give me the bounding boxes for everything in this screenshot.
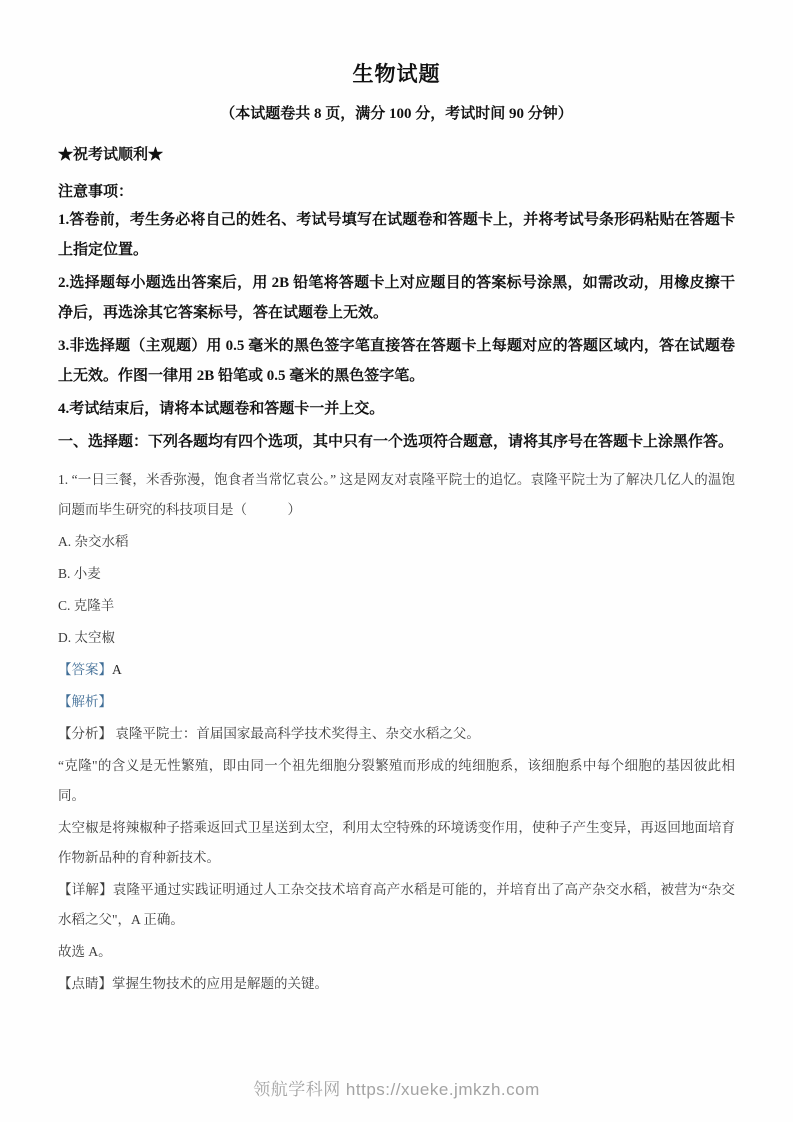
answer-value: A bbox=[112, 662, 122, 677]
notice-heading: 注意事项： bbox=[58, 180, 735, 201]
conclusion-line: 故选 A。 bbox=[58, 937, 735, 967]
question-1-block: 1. “一日三餐，米香弥漫，饱食者当常忆袁公。” 这是网友对袁隆平院士的追忆。袁… bbox=[58, 465, 735, 999]
notice-list: 1.答卷前，考生务必将自己的姓名、考试号填写在试题卷和答题卡上，并将考试号条形码… bbox=[58, 205, 735, 424]
tip-text: 掌握生物技术的应用是解题的关键。 bbox=[112, 976, 328, 991]
watermark-footer: 领航学科网 https://xueke.jmkzh.com bbox=[0, 1075, 793, 1100]
notice-item: 2.选择题每小题选出答案后，用 2B 铅笔将答题卡上对应题目的答案标号涂黑，如需… bbox=[58, 268, 735, 328]
exam-document-page: 生物试题 （本试题卷共 8 页，满分 100 分，考试时间 90 分钟） ★祝考… bbox=[0, 0, 793, 1122]
analysis-paragraph: 太空椒是将辣椒种子搭乘返回式卫星送到太空，利用太空特殊的环境诱变作用，使种子产生… bbox=[58, 813, 735, 873]
exam-wish-line: ★祝考试顺利★ bbox=[58, 143, 735, 164]
question-stem: 1. “一日三餐，米香弥漫，饱食者当常忆袁公。” 这是网友对袁隆平院士的追忆。袁… bbox=[58, 465, 735, 525]
option-list: A. 杂交水稻B. 小麦C. 克隆羊D. 太空椒 bbox=[58, 527, 735, 653]
option-item: A. 杂交水稻 bbox=[58, 527, 735, 557]
option-item: B. 小麦 bbox=[58, 559, 735, 589]
analysis-intro-text: 袁隆平院士：首届国家最高科学技术奖得主、杂交水稻之父。 bbox=[112, 726, 480, 741]
section-heading: 一、选择题：下列各题均有四个选项，其中只有一个选项符合题意，请将其序号在答题卡上… bbox=[58, 427, 735, 457]
analysis-label: 【分析】 bbox=[58, 726, 112, 741]
detail-label: 【详解】 bbox=[58, 882, 113, 897]
notice-item: 1.答卷前，考生务必将自己的姓名、考试号填写在试题卷和答题卡上，并将考试号条形码… bbox=[58, 205, 735, 265]
page-title: 生物试题 bbox=[58, 58, 735, 88]
answer-line: 【答案】A bbox=[58, 655, 735, 685]
analysis-paragraph: “克隆"的含义是无性繁殖，即由同一个祖先细胞分裂繁殖而形成的纯细胞系，该细胞系中… bbox=[58, 751, 735, 811]
tip-line: 【点睛】掌握生物技术的应用是解题的关键。 bbox=[58, 969, 735, 999]
detail-text: 袁隆平通过实践证明通过人工杂交技术培育高产水稻是可能的，并培育出了高产杂交水稻，… bbox=[58, 882, 735, 927]
analysis-paragraphs: “克隆"的含义是无性繁殖，即由同一个祖先细胞分裂繁殖而形成的纯细胞系，该细胞系中… bbox=[58, 751, 735, 873]
tip-label: 【点睛】 bbox=[58, 976, 112, 991]
jiexi-line: 【解析】 bbox=[58, 687, 735, 717]
jiexi-label: 【解析】 bbox=[58, 694, 112, 709]
detail-line: 【详解】袁隆平通过实践证明通过人工杂交技术培育高产水稻是可能的，并培育出了高产杂… bbox=[58, 875, 735, 935]
answer-label: 【答案】 bbox=[58, 662, 112, 677]
exam-meta-line: （本试题卷共 8 页，满分 100 分，考试时间 90 分钟） bbox=[58, 102, 735, 123]
notice-item: 4.考试结束后，请将本试题卷和答题卡一并上交。 bbox=[58, 394, 735, 424]
analysis-intro-line: 【分析】 袁隆平院士：首届国家最高科学技术奖得主、杂交水稻之父。 bbox=[58, 719, 735, 749]
option-item: D. 太空椒 bbox=[58, 623, 735, 653]
option-item: C. 克隆羊 bbox=[58, 591, 735, 621]
notice-item: 3.非选择题（主观题）用 0.5 毫米的黑色签字笔直接答在答题卡上每题对应的答题… bbox=[58, 331, 735, 391]
